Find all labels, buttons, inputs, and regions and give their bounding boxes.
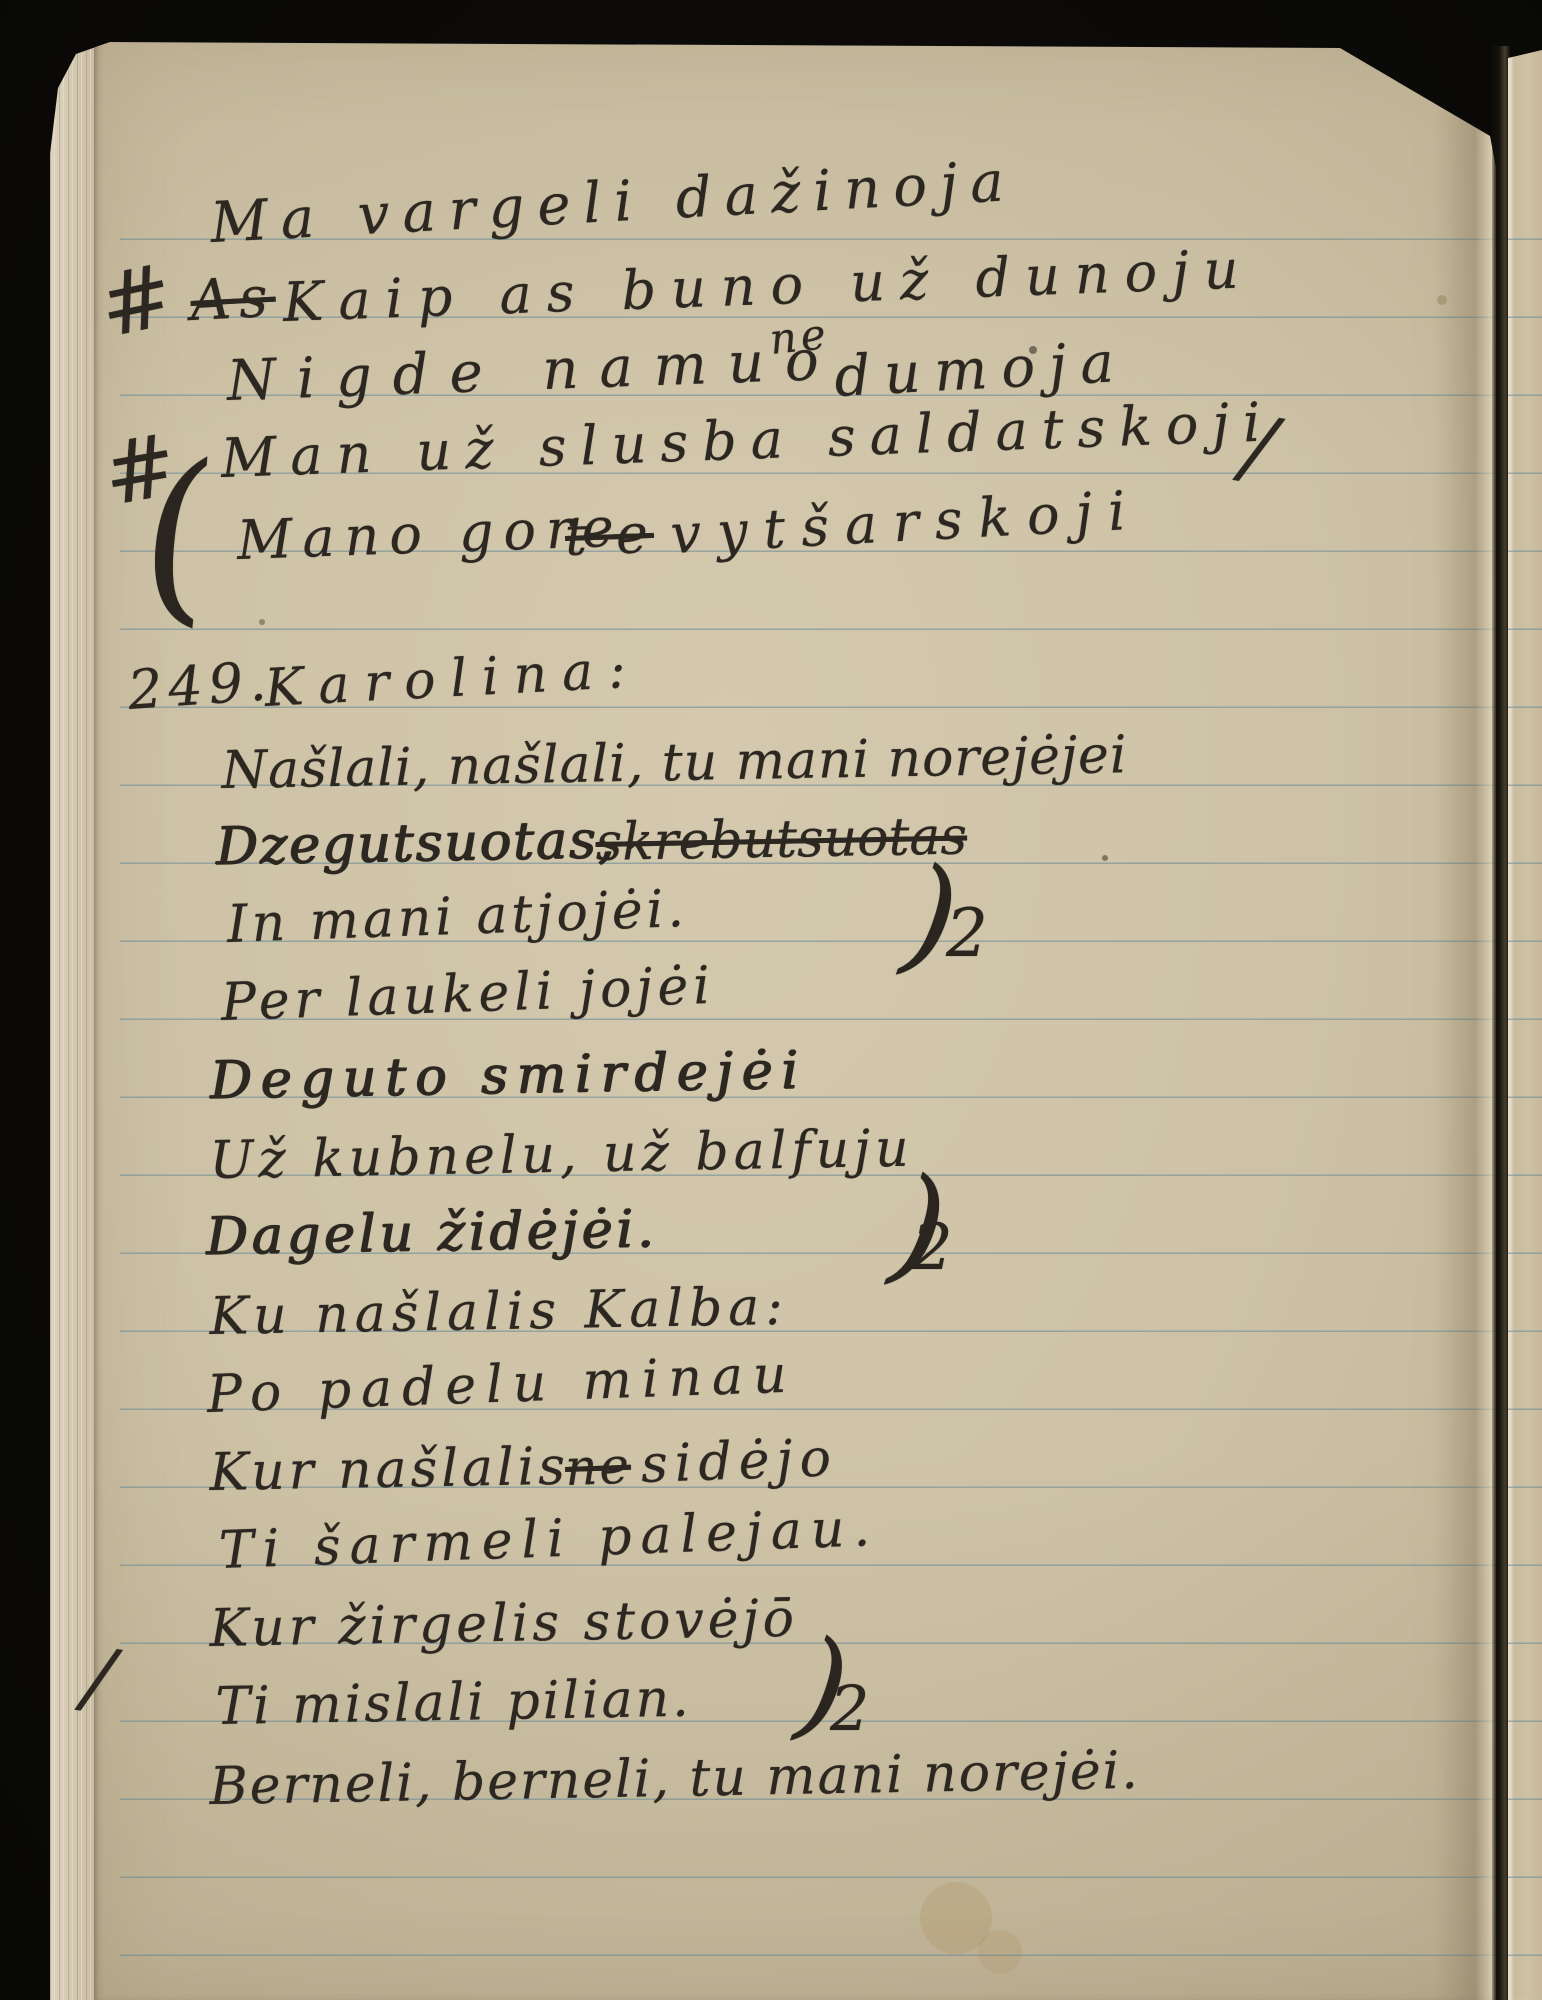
entry-number: 249. (126, 654, 274, 718)
ink-speck (259, 619, 265, 625)
margin-slash-mark: / (80, 1637, 118, 1720)
hw-struck-word: skrebutsuotas (595, 811, 967, 869)
ink-speck (1029, 346, 1037, 354)
hw-verse-11: Ti šarmeli palejau. (218, 1502, 880, 1577)
entry-title: Karolina: (263, 643, 642, 715)
hw-line-1: Ma vargeli dažinoja (209, 154, 1018, 252)
stanza-brace: ( (131, 441, 222, 633)
repeat-count: 2 (912, 1216, 953, 1280)
hw-verse-3: In mani atjojėi. (226, 883, 688, 951)
hw-verse-10b: sidėjo (640, 1432, 839, 1491)
hw-verse-1: Našlali, našlali, tu mani norejėjei (221, 729, 1128, 797)
hw-line-4: Man už slusba saldatskoji (220, 395, 1275, 486)
hw-struck-word: t e (564, 507, 655, 564)
margin-hash-mark: # (92, 252, 180, 351)
paper-stain (978, 1930, 1022, 1974)
hw-verse-8: Ku našlalis Kalba: (209, 1281, 789, 1343)
hw-verse-5: Deguto smirdejėi (209, 1045, 807, 1107)
repeat-count: 2 (946, 901, 988, 967)
hw-line-3b: dumoja (833, 335, 1129, 406)
ink-speck (1102, 855, 1108, 861)
ink-speck (1437, 295, 1447, 305)
hw-verse-2a: Dzegutsuotas, (215, 814, 616, 873)
hw-verse-12: Kur žirgelis stovėjō (209, 1593, 798, 1655)
ink-layer: Ma vargeli dažinoja#AsKaip as buno už du… (0, 0, 1542, 2000)
hw-verse-14: Berneli, berneli, tu mani norejėi. (209, 1745, 1140, 1813)
hw-verse-4: Per laukeli jojėi (220, 960, 715, 1029)
hw-line-3a: Nigde namuo (226, 333, 840, 410)
hw-verse-13: Ti mislali pilian. (215, 1673, 692, 1733)
repeat-count: 2 (830, 1678, 869, 1740)
hw-verse-10a: Kur našlalis (209, 1441, 569, 1499)
hw-verse-7: Dagelu židėjėi. (205, 1203, 657, 1263)
hw-struck-word: ne (564, 1441, 632, 1493)
hw-inserted-word: ne (768, 313, 832, 361)
hw-line-5b: vytšarskoji (669, 483, 1143, 562)
hw-verse-9: Po padelu minau (206, 1348, 797, 1421)
hw-verse-6: Už kubnelu, už balfuju (209, 1123, 914, 1187)
manuscript-photo: Ma vargeli dažinoja#AsKaip as buno už du… (0, 0, 1542, 2000)
hw-struck-word: As (189, 270, 277, 330)
